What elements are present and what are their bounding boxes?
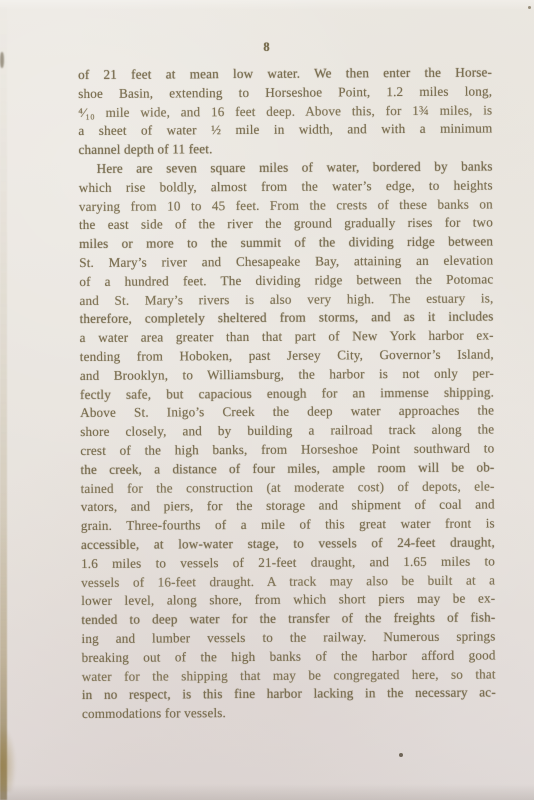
text-line: vessels of 16-feet draught. A track may … — [81, 571, 495, 592]
paragraph: of 21 feet at mean low water. We then en… — [78, 63, 493, 160]
text-line: channel depth of 11 feet. — [78, 139, 492, 160]
paragraph: Here are seven square miles of water, bo… — [79, 157, 496, 723]
page-top-edge-highlight — [0, 0, 534, 10]
text-line: a water area greater than that part of N… — [80, 327, 494, 348]
text-line: and Brooklyn, to Williamsburg, the harbo… — [80, 364, 494, 385]
binding-edge-smudge — [0, 0, 7, 800]
text-line: 1.6 miles to vessels of 21-feet draught,… — [81, 552, 495, 573]
left-edge-notch-mark — [0, 52, 4, 68]
text-line: the east side of the river the ground gr… — [79, 214, 493, 235]
text-line: a sheet of water ½ mile in width, and wi… — [78, 120, 492, 141]
text-line: the creek, a distance of four miles, amp… — [80, 458, 494, 479]
text-line: tained for the construction (at moderate… — [81, 477, 495, 498]
text-line: in no respect, is this fine harbor lacki… — [82, 684, 496, 705]
text-line: shoe Basin, extending to Horseshoe Point… — [78, 82, 492, 103]
text-line: accessible, at low-water stage, to vesse… — [81, 533, 495, 554]
text-line: of a hundred feet. The dividing ridge be… — [79, 270, 493, 291]
text-line: grain. Three-fourths of a mile of this g… — [81, 515, 495, 536]
top-right-ink-speck — [528, 6, 531, 9]
text-line: miles or more to the summit of the divid… — [79, 233, 493, 254]
scanned-book-page: 8 of 21 feet at mean low water. We then … — [0, 0, 534, 800]
text-line: ing and lumber vessels to the railway. N… — [81, 627, 495, 648]
bottom-ink-dot — [399, 753, 403, 757]
text-line: which rise boldly, almost from the water… — [79, 176, 493, 197]
text-line: crest of the high banks, from Horseshoe … — [80, 439, 494, 460]
text-line: tended to deep water for the transfer of… — [81, 609, 495, 630]
bottom-left-glue-smudge — [0, 726, 16, 792]
text-line: therefore, completely sheltered from sto… — [79, 308, 493, 329]
text-line: lower level, along shore, from which sho… — [81, 590, 495, 611]
text-line: shore closely, and by building a railroa… — [80, 421, 494, 442]
text-block: of 21 feet at mean low water. We then en… — [78, 63, 496, 723]
text-line: fectly safe, but capacious enough for an… — [80, 383, 494, 404]
text-line: breaking out of the high banks of the ha… — [82, 646, 496, 667]
text-line: of 21 feet at mean low water. We then en… — [78, 63, 492, 84]
text-line: St. Mary’s river and Chesapeake Bay, att… — [79, 251, 493, 272]
page-number: 8 — [0, 40, 534, 55]
text-line: and St. Mary’s rivers is also very high.… — [79, 289, 493, 310]
text-line: ⁴⁄₁₀ mile wide, and 16 feet deep. Above … — [78, 101, 492, 122]
text-line: Above St. Inigo’s Creek the deep water a… — [80, 402, 494, 423]
text-line: varying from 10 to 45 feet. From the cre… — [79, 195, 493, 216]
text-line: tending from Hoboken, past Jersey City, … — [80, 345, 494, 366]
text-line: water for the shipping that may be congr… — [82, 665, 496, 686]
text-line: vators, and piers, for the storage and s… — [81, 496, 495, 517]
text-line: commodations for vessels. — [82, 703, 496, 724]
text-line: Here are seven square miles of water, bo… — [79, 157, 493, 178]
bottom-photo-shadow — [0, 784, 534, 800]
